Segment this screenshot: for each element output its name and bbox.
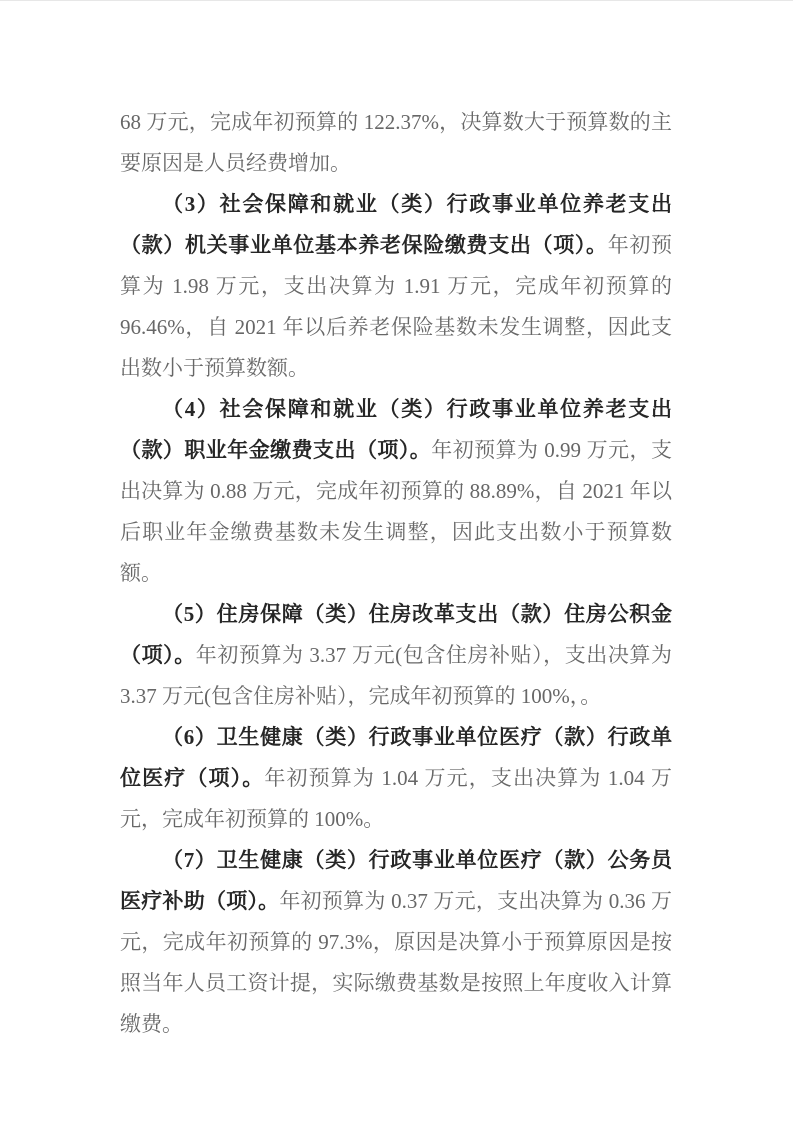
text-segment: 年初预算为 3.37 万元(包含住房补贴），支出决算为 3.37 万元(包含住房… (120, 643, 672, 708)
document-body: 68 万元，完成年初预算的 122.37%，决算数大于预算数的主要原因是人员经费… (120, 102, 672, 1045)
document-page: 68 万元，完成年初预算的 122.37%，决算数大于预算数的主要原因是人员经费… (0, 0, 793, 1122)
paragraph: （6）卫生健康（类）行政事业单位医疗（款）行政单位医疗（项）。年初预算为 1.0… (120, 717, 672, 840)
section-heading-segment: （3）社会保障和就业（类）行政事业单位养老支出（款）机关事业单位基本养老保险缴费… (120, 192, 672, 257)
text-segment: 68 万元，完成年初预算的 122.37%，决算数大于预算数的主要原因是人员经费… (120, 110, 672, 175)
paragraph: 68 万元，完成年初预算的 122.37%，决算数大于预算数的主要原因是人员经费… (120, 102, 672, 184)
paragraph: （5）住房保障（类）住房改革支出（款）住房公积金（项）。年初预算为 3.37 万… (120, 594, 672, 717)
paragraph: （7）卫生健康（类）行政事业单位医疗（款）公务员医疗补助（项）。年初预算为 0.… (120, 840, 672, 1045)
paragraph: （4）社会保障和就业（类）行政事业单位养老支出（款）职业年金缴费支出（项）。年初… (120, 389, 672, 594)
paragraph: （3）社会保障和就业（类）行政事业单位养老支出（款）机关事业单位基本养老保险缴费… (120, 184, 672, 389)
